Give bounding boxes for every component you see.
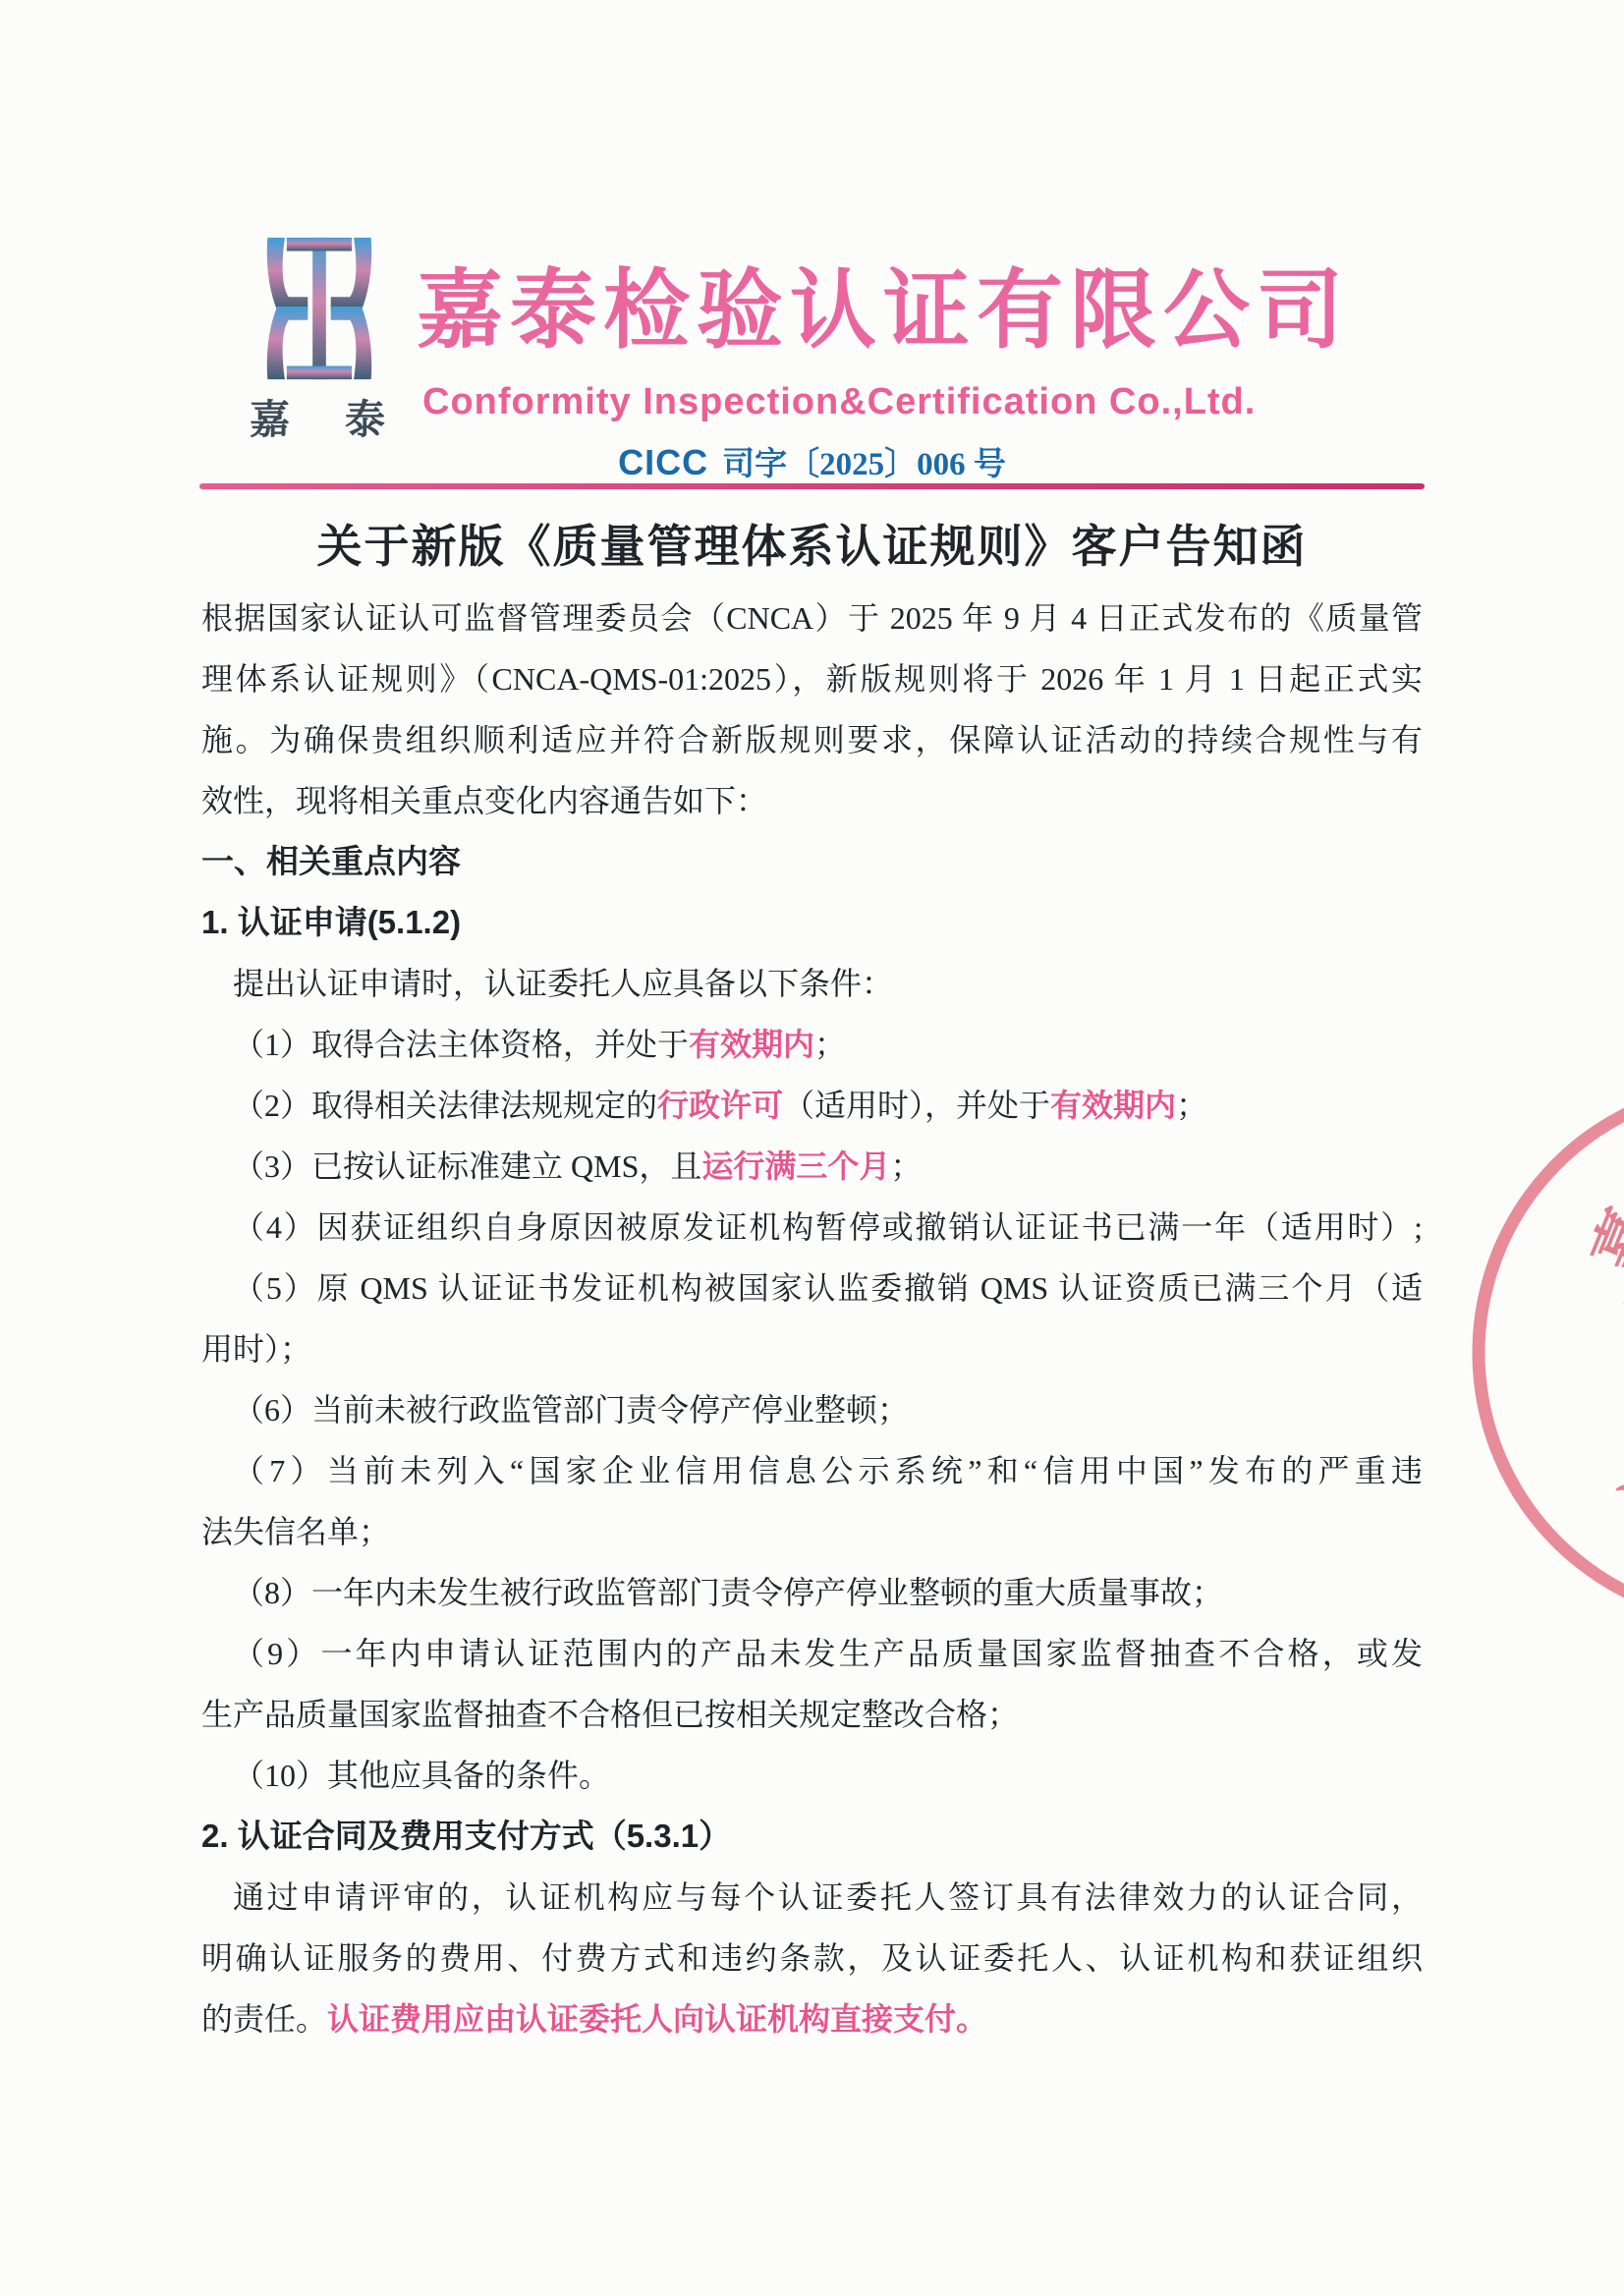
seal-bottom-char: 证: [1610, 1445, 1624, 1528]
highlight-text: 有效期内: [1050, 1088, 1176, 1123]
text-run: （3）已按认证标准建立 QMS，且: [233, 1148, 701, 1184]
paragraph-line: 施。为确保贵组织顺利适应并符合新版规则要求，保障认证活动的持续合规性与有: [201, 709, 1423, 770]
paragraph-line: 根据国家认证认可监督管理委员会（CNCA）于 2025 年 9 月 4 日正式发…: [201, 588, 1423, 648]
company-logo-icon: [243, 232, 396, 390]
paragraph-line: 效性，现将相关重点变化内容通告如下：: [201, 770, 1423, 831]
highlight-text: 认证费用应由认证委托人向认证机构直接支付。: [327, 2001, 987, 2037]
document-title: 关于新版《质量管理体系认证规则》客户告知函: [201, 511, 1423, 576]
text-run: （适用时），并处于: [783, 1088, 1050, 1123]
highlight-text: 运行满三个月: [701, 1148, 890, 1184]
svg-text:嘉泰检验认证有限公司: 嘉泰检验认证有限公司: [1402, 1009, 1624, 1309]
seal-ring-text: 嘉泰检验认证有限公司: [1402, 1009, 1624, 1309]
section-heading: 一、相关重点内容: [201, 831, 1423, 892]
text-run: （10）其他应具备的条件。: [233, 1758, 610, 1793]
logo-caption: 嘉 泰: [250, 387, 385, 445]
logo-caption-left: 嘉: [250, 387, 290, 445]
document-body: 根据国家认证认可监督管理委员会（CNCA）于 2025 年 9 月 4 日正式发…: [201, 588, 1423, 2049]
text-run: 通过申请评审的，认证机构应与每个认证委托人签订具有法律效力的认证合同，: [233, 1879, 1423, 1915]
text-run: 生产品质量国家监督抽查不合格但已按相关规定整改合格；: [201, 1697, 1019, 1732]
section-heading: 2. 认证合同及费用支付方式（5.3.1）: [201, 1806, 1423, 1867]
text-run: （5）原 QMS 认证证书发证机构被国家认监委撤销 QMS 认证资质已满三个月（…: [233, 1270, 1423, 1306]
text-run: （7）当前未列入“国家企业信用信息公示系统”和“信用中国”发布的严重违: [233, 1453, 1423, 1488]
section-heading: 1. 认证申请(5.1.2): [201, 892, 1423, 953]
text-run: 法失信名单；: [201, 1514, 390, 1549]
paragraph-line: 理体系认证规则》（CNCA-QMS-01:2025），新版规则将于 2026 年…: [201, 648, 1423, 709]
paragraph-line: 明确认证服务的费用、付费方式和违约条款，及认证委托人、认证机构和获证组织: [201, 1928, 1423, 1988]
paragraph-line: 通过申请评审的，认证机构应与每个认证委托人签订具有法律效力的认证合同，: [201, 1867, 1423, 1928]
document-number-abbr: CICC: [618, 442, 708, 482]
list-item: （4）因获证组织自身原因被原发证机构暂停或撤销认证证书已满一年（适用时）;: [201, 1197, 1423, 1258]
text-run: （8）一年内未发生被行政监管部门责令停产停业整顿的重大质量事故；: [233, 1575, 1223, 1610]
paragraph-line: 提出认证申请时，认证委托人应具备以下条件：: [201, 953, 1423, 1014]
text-run: ；: [1176, 1088, 1207, 1123]
seal-star: [1616, 1209, 1624, 1484]
text-run: ；: [890, 1148, 922, 1184]
text-run: 施。为确保贵组织顺利适应并符合新版规则要求，保障认证活动的持续合规性与有: [201, 722, 1423, 757]
list-item: （10）其他应具备的条件。: [201, 1745, 1423, 1806]
text-run: （2）取得相关法律法规规定的: [233, 1088, 657, 1123]
company-name-cn: 嘉泰检验认证有限公司: [417, 242, 1350, 365]
text-run: （9）一年内申请认证范围内的产品未发生产品质量国家监督抽查不合格，或发: [233, 1636, 1423, 1671]
text-run: 2. 认证合同及费用支付方式（5.3.1）: [201, 1818, 731, 1854]
text-run: 效性，现将相关重点变化内容通告如下：: [201, 783, 767, 818]
text-run: 提出认证申请时，认证委托人应具备以下条件：: [233, 966, 893, 1001]
list-item: （2）取得相关法律法规规定的行政许可（适用时），并处于有效期内；: [201, 1075, 1423, 1136]
list-item-continuation: 法失信名单；: [201, 1501, 1423, 1562]
text-run: 1. 认证申请(5.1.2): [201, 904, 461, 940]
text-run: （4）因获证组织自身原因被原发证机构暂停或撤销认证证书已满一年（适用时）;: [233, 1209, 1423, 1245]
text-run: 用时）；: [201, 1331, 311, 1367]
text-run: （6）当前未被行政监管部门责令停产停业整顿；: [233, 1392, 909, 1428]
highlight-text: 行政许可: [657, 1088, 783, 1123]
logo-caption-right: 泰: [345, 387, 385, 445]
document-number-text: 司字〔2025〕006 号: [722, 447, 1006, 482]
list-item: （7）当前未列入“国家企业信用信息公示系统”和“信用中国”发布的严重违: [201, 1440, 1423, 1501]
list-item: （1）取得合法主体资格，并处于有效期内；: [201, 1014, 1423, 1075]
text-run: 根据国家认证认可监督管理委员会（CNCA）于 2025 年 9 月 4 日正式发…: [201, 600, 1423, 636]
list-item-continuation: 用时）；: [201, 1318, 1423, 1379]
document-number: CICC 司字〔2025〕006 号: [201, 438, 1423, 484]
company-name-en: Conformity Inspection&Certification Co.,…: [422, 381, 1256, 423]
text-run: 明确认证服务的费用、付费方式和违约条款，及认证委托人、认证机构和获证组织: [201, 1940, 1423, 1976]
text-run: （1）取得合法主体资格，并处于: [233, 1027, 689, 1062]
text-run: 理体系认证规则》（CNCA-QMS-01:2025），新版规则将于 2026 年…: [201, 661, 1423, 697]
text-run: ；: [814, 1027, 846, 1062]
list-item-continuation: 生产品质量国家监督抽查不合格但已按相关规定整改合格；: [201, 1684, 1423, 1745]
company-seal-stamp: 嘉泰检验认证有限公司 3208010926830 证: [1402, 1009, 1624, 1697]
text-run: 一、相关重点内容: [201, 843, 461, 879]
letterhead-divider: [199, 483, 1425, 489]
document-page: 嘉 泰 嘉泰检验认证有限公司 Conformity Inspection&Cer…: [0, 0, 1624, 2296]
list-item: （6）当前未被行政监管部门责令停产停业整顿；: [201, 1379, 1423, 1440]
paragraph-line: 的责任。认证费用应由认证委托人向认证机构直接支付。: [201, 1988, 1423, 2049]
list-item: （5）原 QMS 认证证书发证机构被国家认监委撤销 QMS 认证资质已满三个月（…: [201, 1258, 1423, 1318]
list-item: （3）已按认证标准建立 QMS，且运行满三个月；: [201, 1136, 1423, 1197]
list-item: （8）一年内未发生被行政监管部门责令停产停业整顿的重大质量事故；: [201, 1562, 1423, 1623]
list-item: （9）一年内申请认证范围内的产品未发生产品质量国家监督抽查不合格，或发: [201, 1623, 1423, 1684]
text-run: 的责任。: [201, 2001, 327, 2037]
highlight-text: 有效期内: [689, 1027, 814, 1062]
